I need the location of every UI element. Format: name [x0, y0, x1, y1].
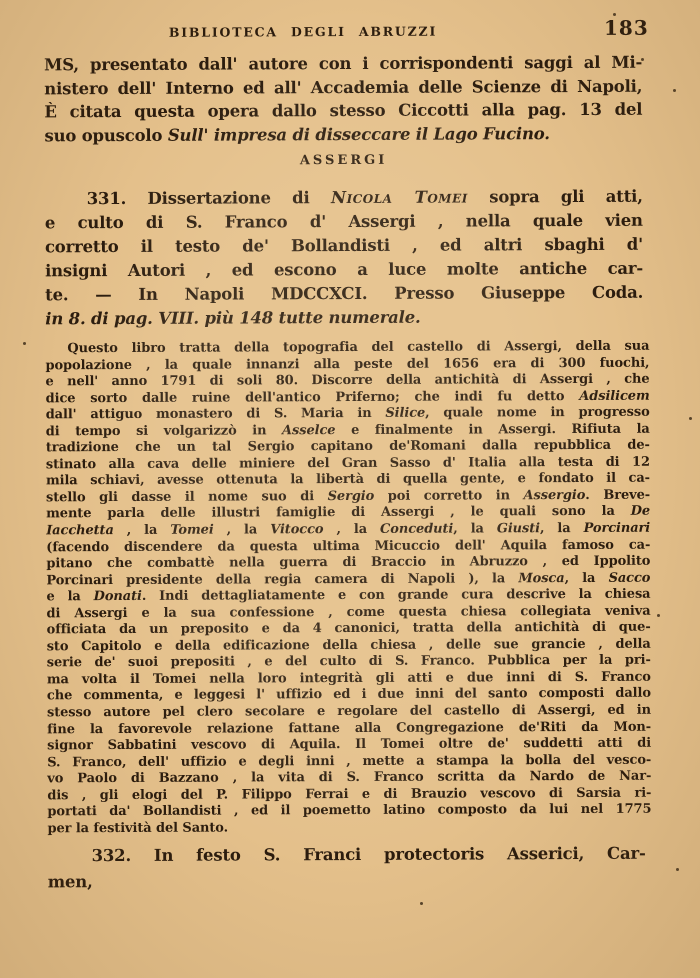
text-segment: stello gli dasse il nome suo di: [46, 489, 328, 505]
emphasized-text: Tomei: [170, 523, 213, 538]
text-segment: . Breve-: [585, 488, 650, 503]
text-line: insigni Autori , ed escono a luce molte …: [45, 257, 643, 284]
emphasized-text: Giusti: [497, 521, 540, 536]
section-heading-assergi: ASSERGI: [45, 152, 643, 170]
text-segment: sopra gli atti,: [468, 187, 643, 207]
page-content: BIBLIOTECA DEGLI ABRUZZI 183 MS, present…: [0, 0, 700, 978]
text-segment: , la: [453, 521, 497, 536]
text-segment: , la: [323, 522, 380, 537]
emphasized-text: Asselce: [282, 423, 335, 438]
emphasized-text: Donati: [94, 589, 142, 604]
emphasized-text: Porcinari: [584, 521, 651, 536]
text-segment: , quale nome in progresso: [425, 405, 650, 421]
scan-speck: [641, 58, 644, 61]
emphasized-text: Nicola Tomei: [331, 187, 468, 207]
text-line: men,: [48, 867, 646, 896]
intro-paragraph: MS, presentato dall' autore con i corris…: [44, 51, 642, 148]
text-segment: nistero dell' Interno ed all' Accademia …: [44, 76, 642, 98]
text-segment: 331. Dissertazione di: [87, 188, 331, 208]
emphasized-text: Mosca: [518, 571, 564, 586]
emphasized-text: Silice: [385, 406, 425, 421]
emphasized-text: Sacco: [609, 570, 651, 585]
text-segment: dall' attiguo monastero di S. Maria in: [46, 406, 386, 422]
text-segment: poi corretto in: [374, 488, 523, 504]
scan-speck: [676, 868, 679, 871]
text-segment: . Indi dettagliatamente e con grande cur…: [142, 587, 651, 604]
emphasized-text: Assergio: [524, 488, 586, 503]
emphasized-text: Sergio: [328, 489, 375, 504]
text-segment: Questo libro tratta della topografia del…: [67, 339, 649, 357]
text-line: e culto di S. Franco d' Assergi , nella …: [45, 209, 643, 236]
emphasized-text: Sull' impresa di disseccare il Lago Fuci…: [168, 124, 550, 145]
scan-speck: [689, 417, 692, 420]
text-line: 331. Dissertazione di Nicola Tomei sopra…: [45, 185, 643, 212]
emphasized-text: Iacchetta: [46, 523, 114, 538]
text-segment: pitano che combattè nella guerra di Brac…: [46, 554, 650, 572]
text-segment: di Assergi e la sua confessione , come q…: [47, 603, 651, 621]
scan-speck: [420, 902, 423, 905]
text-line: suo opuscolo Sull' impresa di disseccare…: [44, 121, 642, 147]
emphasized-text: Vitocco: [270, 522, 323, 537]
emphasized-text: in 8. di pag. VIII. più 148 tutte numera…: [45, 308, 420, 329]
page-number: 183: [604, 16, 649, 40]
text-segment: sto Capitolo e della edificazione della …: [47, 637, 651, 655]
entry-332-paragraph: 332. In festo S. Franci protectoris Asse…: [48, 841, 646, 896]
scan-speck: [23, 342, 26, 345]
text-segment: suo opuscolo: [44, 125, 167, 145]
text-segment: e la: [46, 589, 93, 604]
text-segment: tradizione che un tal Sergio capitano de…: [46, 438, 650, 456]
text-segment: fine la favorevole relazione fattane all…: [47, 719, 651, 737]
text-segment: mente parla delle illustri famiglie di A…: [46, 504, 631, 522]
text-segment: serie de' suoi prepositi , e del culto d…: [47, 653, 651, 671]
text-segment: , la: [214, 522, 271, 537]
scan-speck: [673, 89, 676, 92]
text-segment: popolazione , la quale innanzi alla pest…: [45, 355, 649, 373]
text-line: È citata questa opera dallo stesso Cicco…: [44, 98, 642, 124]
text-line: nistero dell' Interno ed all' Accademia …: [44, 74, 642, 100]
text-segment: e finalmente in Assergi. Rifiuta la: [335, 421, 649, 437]
text-segment: (facendo discendere da questa ultima Mic…: [46, 537, 650, 555]
text-segment: ma volta il Tomei nella loro integrità g…: [47, 670, 651, 688]
text-segment: portati da' Bollandisti , ed il poemetto…: [47, 802, 651, 820]
text-segment: È citata questa opera dallo stesso Cicco…: [44, 100, 642, 122]
text-segment: men,: [48, 872, 93, 891]
text-segment: dis , gli elogi del P. Filippo Ferrai e …: [47, 785, 651, 803]
entry-331-note-paragraph: Questo libro tratta della topografia del…: [45, 339, 651, 838]
text-segment: , la: [114, 523, 171, 538]
text-segment: e culto di S. Franco d' Assergi , nella …: [45, 211, 643, 233]
text-line: 332. In festo S. Franci protectoris Asse…: [48, 841, 646, 870]
text-line: corretto il testo de' Bollandisti , ed a…: [45, 233, 643, 260]
text-segment: S. Franco, dell' uffizio e degli inni , …: [47, 752, 651, 770]
emphasized-text: Adsilicem: [579, 388, 649, 403]
text-segment: stinato alla cava delle miniere del Gran…: [46, 455, 650, 473]
emphasized-text: De: [631, 504, 650, 519]
text-segment: vo Paolo di Bazzano , la vita di S. Fran…: [47, 769, 651, 787]
scan-speck: [613, 13, 616, 16]
scanned-book-page: BIBLIOTECA DEGLI ABRUZZI 183 MS, present…: [0, 0, 700, 978]
running-header-title: BIBLIOTECA DEGLI ABRUZZI: [138, 23, 468, 39]
text-segment: 332. In festo S. Franci protectoris Asse…: [92, 844, 646, 865]
text-segment: , la: [540, 521, 584, 536]
entry-331-paragraph: 331. Dissertazione di Nicola Tomei sopra…: [45, 185, 644, 332]
text-line: per la festività del Santo.: [47, 819, 651, 838]
text-segment: Porcinari presidente della regia camera …: [46, 571, 518, 588]
text-segment: MS, presentato dall' autore con i corris…: [44, 53, 642, 75]
text-line: te. — In Napoli MDCCXCI. Presso Giuseppe…: [45, 281, 643, 308]
text-segment: e nell' anno 1791 di soli 80. Discorre d…: [45, 372, 649, 390]
text-segment: , la: [565, 571, 609, 586]
text-segment: che commenta, e leggesi l' uffizio ed i …: [47, 686, 651, 704]
text-segment: di tempo si volgarizzò in: [46, 423, 282, 439]
text-segment: te. — In Napoli MDCCXCI. Presso Giuseppe…: [45, 283, 643, 305]
text-segment: officiata da un preposito e da 4 canonic…: [47, 620, 651, 638]
text-segment: dice sorto dalle ruine dell'antico Prife…: [46, 389, 580, 406]
text-segment: insigni Autori , ed escono a luce molte …: [45, 259, 643, 281]
text-segment: mila schiavi, avesse ottenuta la libertà…: [46, 471, 650, 489]
text-segment: stesso autore pel clero secolare e regol…: [47, 703, 651, 721]
text-segment: corretto il testo de' Bollandisti , ed a…: [45, 235, 643, 257]
text-line: portati da' Bollandisti , ed il poemetto…: [47, 802, 651, 821]
text-segment: signor Sabbatini vescovo di Aquila. Il T…: [47, 736, 651, 754]
text-segment: per la festività del Santo.: [47, 820, 228, 836]
scan-speck: [657, 614, 660, 617]
text-line: in 8. di pag. VIII. più 148 tutte numera…: [45, 305, 643, 332]
text-line: MS, presentato dall' autore con i corris…: [44, 51, 642, 77]
emphasized-text: Conceduti: [380, 522, 453, 537]
